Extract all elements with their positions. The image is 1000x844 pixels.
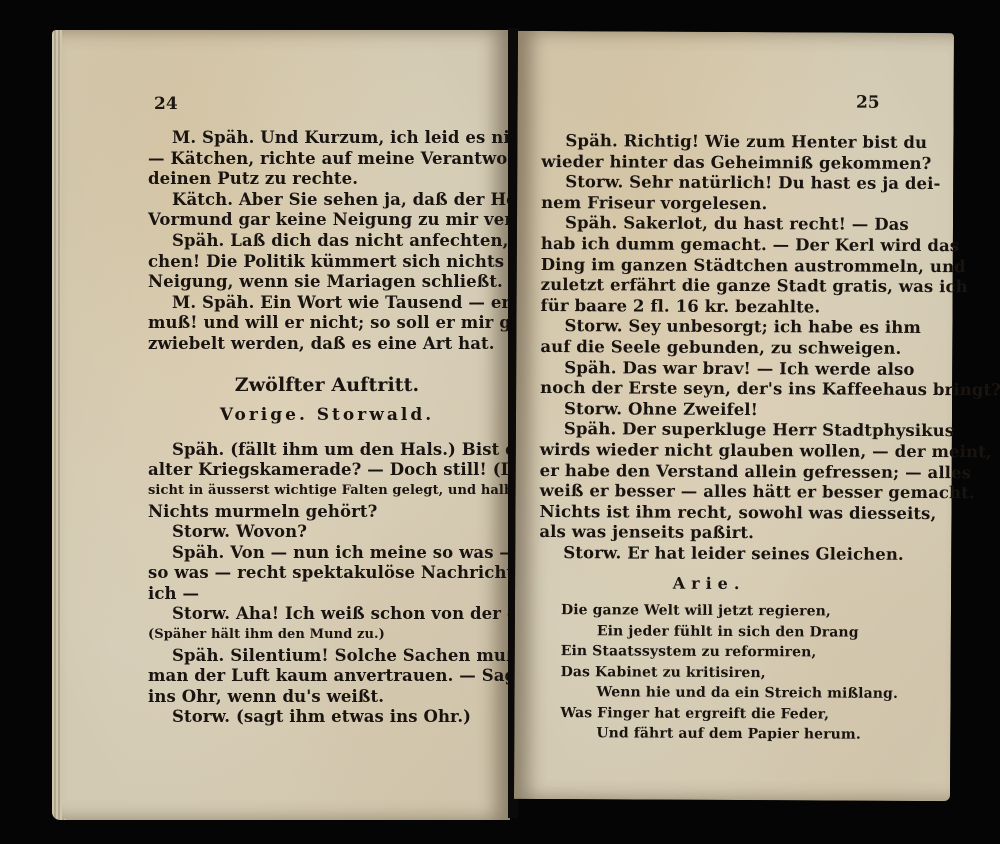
verse-line: Das Kabinet zu kritisiren, bbox=[561, 662, 879, 684]
text-line: man der Luft kaum anvertrauen. — Sag mir… bbox=[148, 666, 506, 687]
text-line: Storw. Ohne Zweifel! bbox=[540, 399, 880, 421]
text-line: Storw. Wovon? bbox=[148, 522, 506, 543]
text-line: er habe den Verstand allein gefressen; —… bbox=[540, 460, 880, 482]
text-line: Späh. Richtig! Wie zum Henter bist du bbox=[541, 131, 881, 153]
text-line: M. Späh. Ein Wort wie Tausend — er bbox=[148, 293, 506, 314]
right-page: 25 Späh. Richtig! Wie zum Henter bist du… bbox=[514, 31, 954, 801]
text-line: alter Kriegskamerade? — Doch still! (Das… bbox=[148, 460, 506, 481]
text-line: Ding im ganzen Städtchen austrommeln, un… bbox=[541, 255, 881, 277]
text-line: Späh. (fällt ihm um den Hals.) Bist du d… bbox=[148, 440, 506, 461]
text-line: Nichts murmeln gehört? bbox=[148, 502, 506, 523]
text-line: Vormund gar keine Neigung zu mir verräth… bbox=[148, 210, 506, 231]
verse-line: Die ganze Welt will jetzt regieren, bbox=[561, 600, 879, 622]
text-line: Storw. Sey unbesorgt; ich habe es ihm bbox=[540, 316, 880, 338]
text-line: Kätch. Aber Sie sehen ja, daß der Herr bbox=[148, 190, 506, 211]
text-line: zuletzt erfährt die ganze Stadt gratis, … bbox=[541, 275, 881, 297]
text-line: deinen Putz zu rechte. bbox=[148, 169, 506, 190]
text-line: hab ich dumm gemacht. — Der Kerl wird da… bbox=[541, 234, 881, 256]
text-line: Storw. Aha! Ich weiß schon von der — bbox=[148, 604, 506, 625]
verse-line: Und fährt auf dem Papier herum. bbox=[560, 723, 878, 745]
text-line: ins Ohr, wenn du's weißt. bbox=[148, 687, 506, 708]
right-page-text: Späh. Richtig! Wie zum Henter bist du wi… bbox=[538, 131, 881, 745]
text-line: Storw. Sehr natürlich! Du hast es ja dei… bbox=[541, 172, 881, 194]
text-line: Späh. Das war brav! — Ich werde also bbox=[540, 358, 880, 380]
text-line: auf die Seele gebunden, zu schweigen. bbox=[540, 337, 880, 359]
text-line: noch der Erste seyn, der's ins Kaffeehau… bbox=[540, 378, 880, 400]
text-line: chen! Die Politik kümmert sich nichts um… bbox=[148, 252, 506, 273]
text-line: Späh. Laß dich das nicht anfechten, Kät- bbox=[148, 231, 506, 252]
text-line: Neigung, wenn sie Mariagen schließt. bbox=[148, 272, 506, 293]
text-line: Storw. (sagt ihm etwas ins Ohr.) bbox=[148, 707, 506, 728]
page-number: 25 bbox=[856, 93, 880, 113]
stage-direction: sicht in äusserst wichtige Falten gelegt… bbox=[148, 481, 506, 502]
text-line: weiß er besser — alles hätt er besser ge… bbox=[540, 481, 880, 503]
aria-verse: Die ganze Welt will jetzt regieren, Ein … bbox=[538, 600, 879, 745]
verse-line: Was Finger hat ergreift die Feder, bbox=[560, 703, 878, 725]
text-line: wieder hinter das Geheimniß gekommen? bbox=[541, 152, 881, 174]
verse-line: Ein Staatssystem zu reformiren, bbox=[561, 641, 879, 663]
text-line: so was — recht spektakulöse Nachrichten,… bbox=[148, 563, 506, 584]
text-line: als was jenseits paßirt. bbox=[539, 522, 879, 544]
text-line: Späh. Sakerlot, du hast recht! — Das bbox=[541, 213, 881, 235]
text-line: zwiebelt werden, daß es eine Art hat. bbox=[148, 334, 506, 355]
aria-heading: Arie. bbox=[539, 573, 879, 595]
text-line: Späh. Der superkluge Herr Stadtphysikus bbox=[540, 419, 880, 441]
scene-cast: Vorige. Storwald. bbox=[148, 405, 506, 426]
stage-direction: (Späher hält ihm den Mund zu.) bbox=[148, 625, 506, 646]
text-line: Späh. Von — nun ich meine so was — bbox=[148, 543, 506, 564]
text-line: M. Späh. Und Kurzum, ich leid es nicht! bbox=[148, 128, 506, 149]
text-line: Späh. Silentium! Solche Sachen muß bbox=[148, 646, 506, 667]
text-line: Nichts ist ihm recht, sowohl was diessei… bbox=[539, 502, 879, 524]
text-line: Storw. Er hat leider seines Gleichen. bbox=[539, 543, 879, 565]
text-line: muß! und will er nicht; so soll er mir g… bbox=[148, 313, 506, 334]
verse-line: Wenn hie und da ein Streich mißlang. bbox=[560, 682, 878, 704]
verse-line: Ein jeder fühlt in sich den Drang bbox=[561, 621, 879, 643]
left-page: 24 M. Späh. Und Kurzum, ich leid es nich… bbox=[62, 30, 510, 820]
text-line: — Kätchen, richte auf meine Verantwortun… bbox=[148, 149, 506, 170]
text-line: für baare 2 fl. 16 kr. bezahlte. bbox=[541, 296, 881, 318]
scene-heading: Zwölfter Auftritt. bbox=[148, 375, 506, 396]
text-line: ich — bbox=[148, 584, 506, 605]
text-line: wirds wieder nicht glauben wollen, — der… bbox=[540, 440, 880, 462]
open-book: 24 M. Späh. Und Kurzum, ich leid es nich… bbox=[0, 0, 1000, 844]
left-page-text: M. Späh. Und Kurzum, ich leid es nicht! … bbox=[148, 128, 506, 728]
text-line: nem Friseur vorgelesen. bbox=[541, 193, 881, 215]
page-number: 24 bbox=[154, 94, 178, 114]
